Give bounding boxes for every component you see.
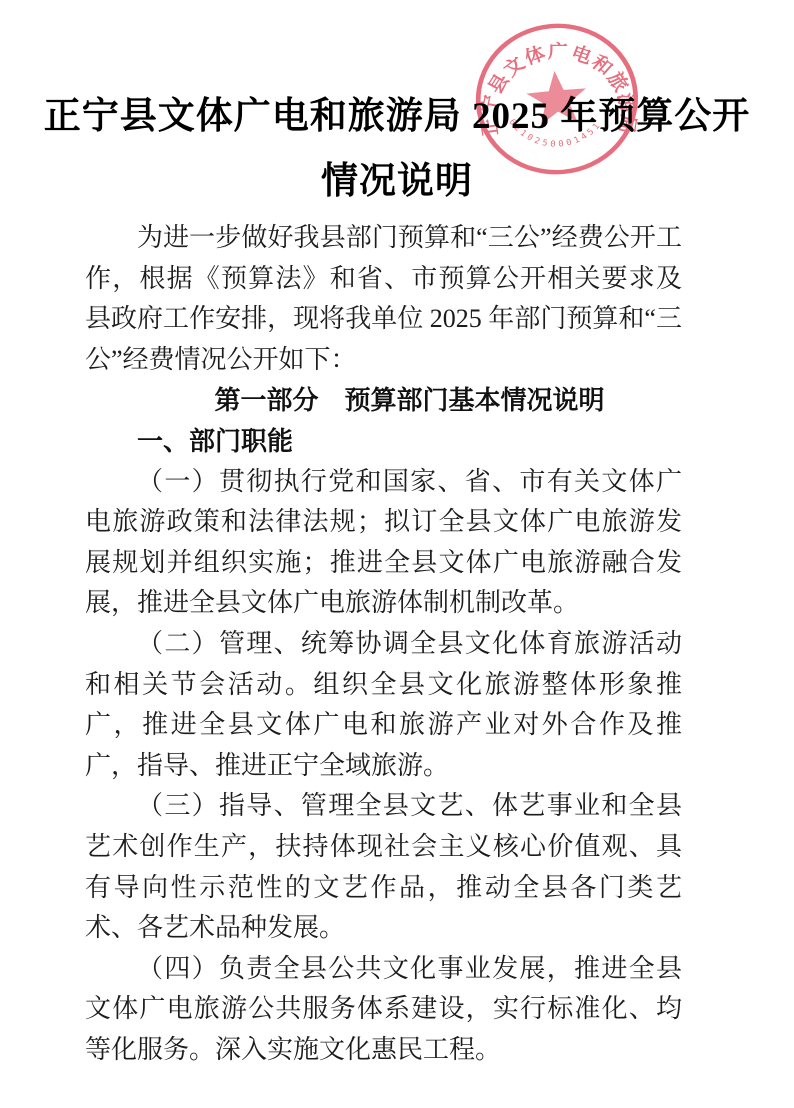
title-line-1: 正宁县文体广电和旅游局 2025 年预算公开: [14, 84, 780, 149]
document-page: 正宁县文体广电和旅游局 6210250001451 正宁县文体广电和旅游局 20…: [0, 0, 794, 1108]
section-heading: 第一部分 预算部门基本情况说明: [111, 380, 708, 421]
function-item-1: （一）贯彻执行党和国家、省、市有关文体广电旅游政策和法律法规；拟订全县文体广电旅…: [85, 462, 682, 624]
function-item-4: （四）负责全县公共文化事业发展，推进全县文体广电旅游公共服务体系建设，实行标准化…: [85, 949, 682, 1071]
function-item-2: （二）管理、统筹协调全县文化体育旅游活动和相关节会活动。组织全县文化旅游整体形象…: [85, 624, 682, 786]
intro-paragraph: 为进一步做好我县部门预算和“三公”经费公开工作，根据《预算法》和省、市预算公开相…: [85, 218, 682, 380]
title-line-2: 情况说明: [14, 149, 780, 214]
document-title: 正宁县文体广电和旅游局 2025 年预算公开 情况说明: [14, 84, 780, 214]
document-body: 为进一步做好我县部门预算和“三公”经费公开工作，根据《预算法》和省、市预算公开相…: [85, 218, 682, 1070]
subsection-heading: 一、部门职能: [85, 421, 682, 462]
function-item-3: （三）指导、管理全县文艺、体艺事业和全县艺术创作生产，扶持体现社会主义核心价值观…: [85, 786, 682, 948]
